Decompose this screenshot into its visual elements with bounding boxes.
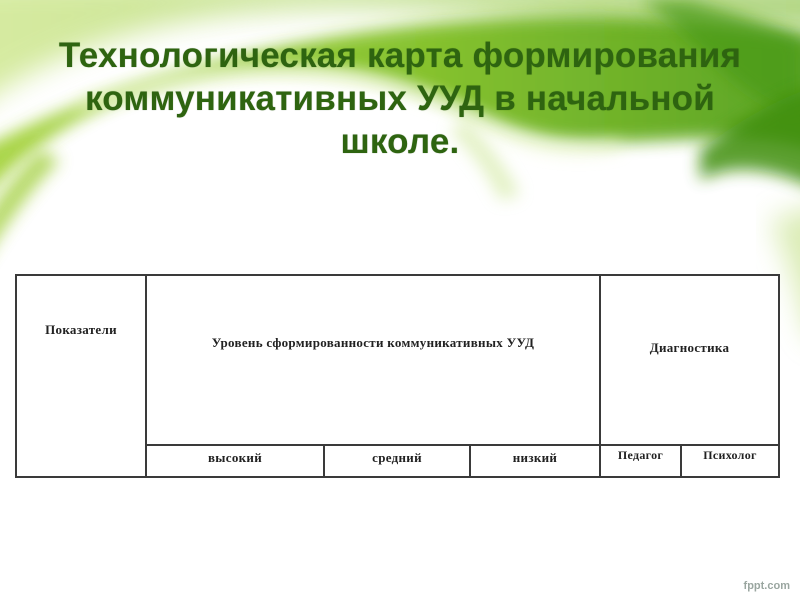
technology-map-table-container: Показатели Уровень сформированности комм… — [15, 274, 780, 478]
subheader-psychologist-cell: Психолог — [681, 445, 779, 477]
subheader-psychologist: Психолог — [682, 446, 778, 463]
subheader-high-cell: высокий — [146, 445, 324, 477]
header-diagnostics: Диагностика — [601, 276, 778, 356]
title-line-2: коммуникативных УУД в начальной — [40, 77, 760, 120]
table-header-row: Показатели Уровень сформированности комм… — [16, 275, 779, 445]
header-level: Уровень сформированности коммуникативных… — [147, 276, 599, 351]
title-line-3: школе. — [40, 120, 760, 163]
header-indicators: Показатели — [17, 276, 145, 338]
subheader-low: низкий — [471, 446, 599, 466]
subheader-medium: средний — [325, 446, 469, 466]
title-line-1: Технологическая карта формирования — [40, 34, 760, 77]
header-indicators-cell: Показатели — [16, 275, 146, 477]
subheader-medium-cell: средний — [324, 445, 470, 477]
subheader-high: высокий — [147, 446, 323, 466]
slide-title: Технологическая карта формирования комму… — [40, 34, 760, 163]
subheader-low-cell: низкий — [470, 445, 600, 477]
subheader-teacher-cell: Педагог — [600, 445, 681, 477]
technology-map-table: Показатели Уровень сформированности комм… — [15, 274, 780, 478]
header-level-cell: Уровень сформированности коммуникативных… — [146, 275, 600, 445]
subheader-teacher: Педагог — [601, 446, 680, 463]
watermark: fppt.com — [744, 580, 790, 592]
header-diagnostics-cell: Диагностика — [600, 275, 779, 445]
